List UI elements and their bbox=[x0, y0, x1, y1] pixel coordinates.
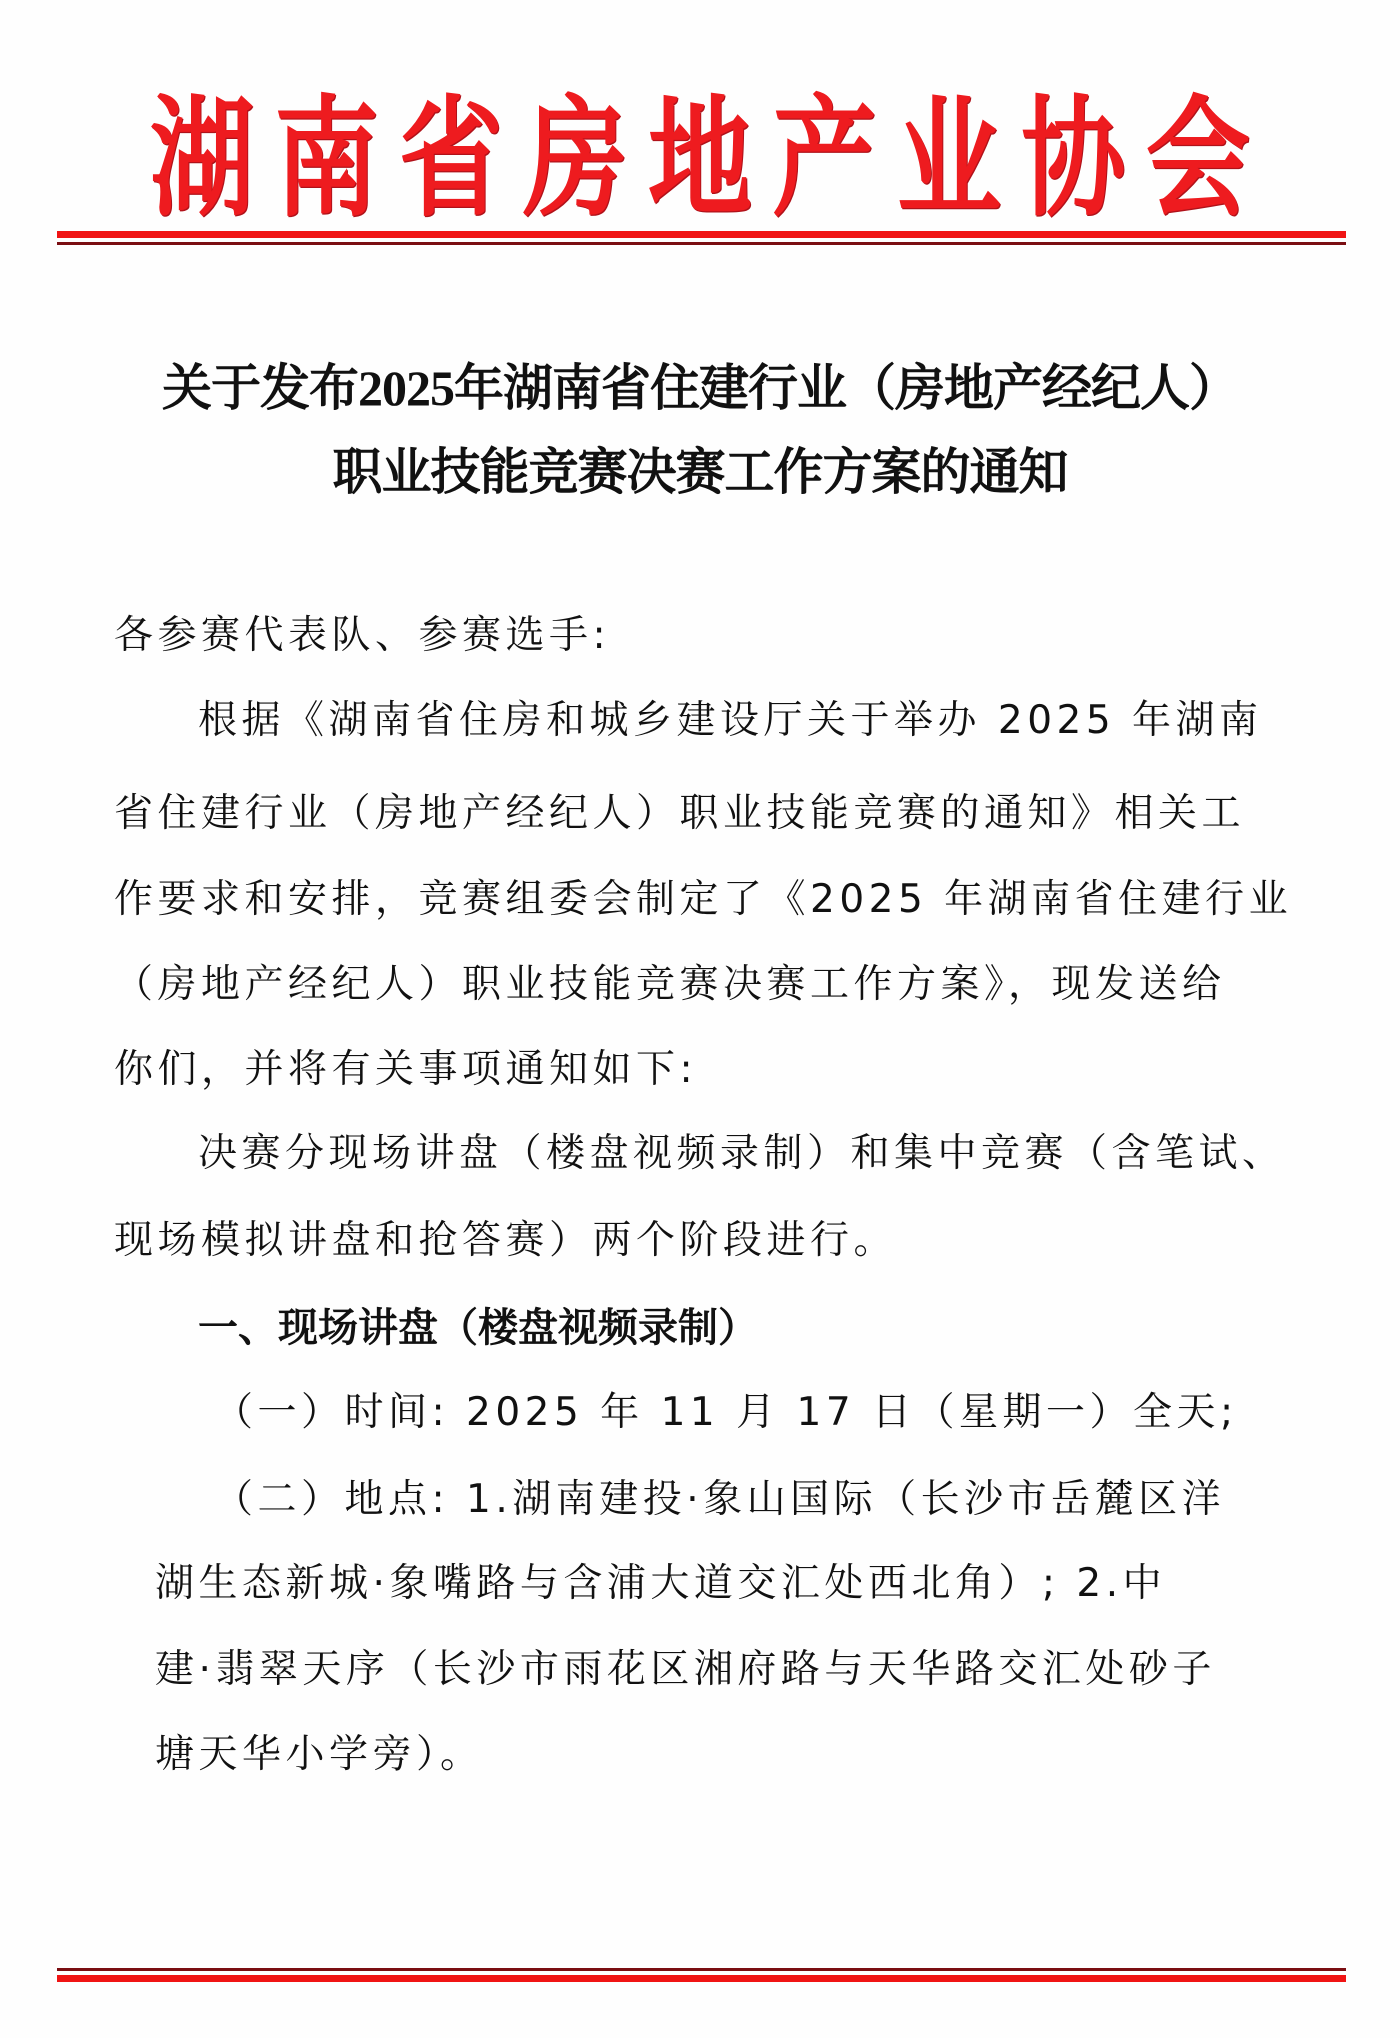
letterhead-char: 协 bbox=[1021, 96, 1125, 226]
org-letterhead: 湖 南 省 房 地 产 业 协 会 bbox=[150, 96, 1250, 226]
letterhead-char: 南 bbox=[274, 96, 378, 226]
section-heading: 一、现场讲盘（楼盘视频录制） bbox=[198, 1303, 758, 1353]
body-line: （房地产经纪人）职业技能竞赛决赛工作方案》，现发送给 bbox=[114, 960, 1226, 1010]
letterhead-char: 湖 bbox=[150, 96, 254, 226]
footer-rule-thin bbox=[57, 1968, 1346, 1971]
body-line: 你们，并将有关事项通知如下: bbox=[114, 1045, 697, 1095]
location-line: （二）地点: 1.湖南建投·象山国际（长沙市岳麓区洋 bbox=[214, 1475, 1225, 1525]
letterhead-char: 房 bbox=[523, 96, 627, 226]
document-title-line-1: 关于发布2025年湖南省住建行业（房地产经纪人） bbox=[0, 358, 1400, 418]
body-line: 省住建行业（房地产经纪人）职业技能竞赛的通知》相关工 bbox=[114, 789, 1245, 839]
location-line: 建·翡翠天序（长沙市雨花区湘府路与天华路交汇处砂子 bbox=[155, 1645, 1216, 1695]
body-line: 现场模拟讲盘和抢答赛）两个阶段进行。 bbox=[114, 1216, 897, 1266]
body-line: 决赛分现场讲盘（楼盘视频录制）和集中竞赛（含笔试、 bbox=[198, 1129, 1286, 1179]
letterhead-char: 产 bbox=[772, 96, 876, 226]
location-line: 湖生态新城·象嘴路与含浦大道交汇处西北角）; 2.中 bbox=[155, 1559, 1166, 1609]
body-line: 根据《湖南省住房和城乡建设厅关于举办 2025 年湖南 bbox=[198, 696, 1263, 746]
letterhead-char: 地 bbox=[648, 96, 752, 226]
header-rule-thick bbox=[57, 231, 1346, 238]
body-line: 作要求和安排，竞赛组委会制定了《2025 年湖南省住建行业 bbox=[114, 875, 1292, 925]
header-rule-thin bbox=[57, 242, 1346, 245]
letterhead-char: 会 bbox=[1146, 96, 1250, 226]
time-line: （一）时间: 2025 年 11 月 17 日（星期一）全天; bbox=[214, 1388, 1238, 1438]
document-page: 湖 南 省 房 地 产 业 协 会 关于发布2025年湖南省住建行业（房地产经纪… bbox=[0, 0, 1400, 2038]
letterhead-char: 业 bbox=[897, 96, 1001, 226]
salutation: 各参赛代表队、参赛选手: bbox=[114, 611, 610, 661]
letterhead-char: 省 bbox=[399, 96, 503, 226]
document-title-line-2: 职业技能竞赛决赛工作方案的通知 bbox=[0, 442, 1400, 502]
location-line: 塘天华小学旁）。 bbox=[155, 1730, 484, 1780]
footer-rule-thick bbox=[57, 1975, 1346, 1982]
